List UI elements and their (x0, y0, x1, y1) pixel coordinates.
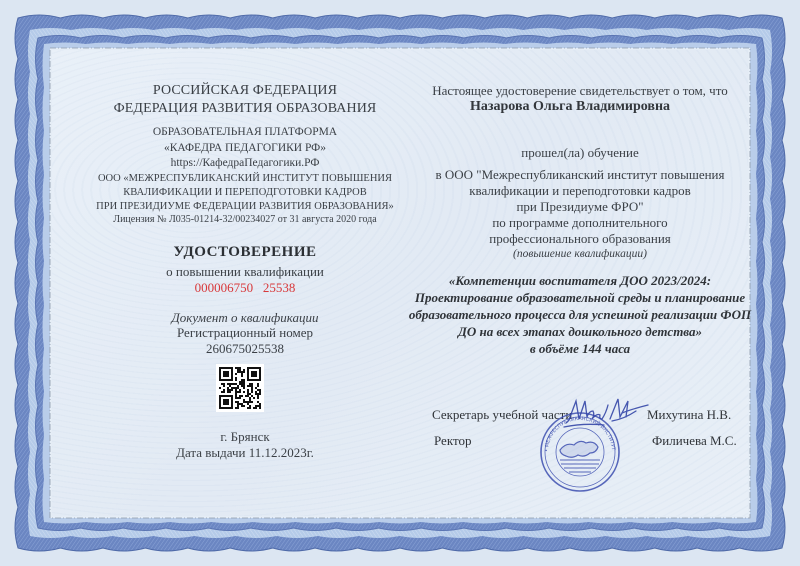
course-title-line-3: образовательного процесса для успешной р… (380, 307, 780, 323)
institution-line-1: в ООО "Межреспубликанский институт повыш… (390, 167, 770, 183)
course-hours: в объёме 144 часа (380, 341, 780, 357)
signature-role-rector: Ректор (434, 433, 471, 449)
org-line-1: ООО «МЕЖРЕСПУБЛИКАНСКИЙ ИНСТИТУТ ПОВЫШЕН… (80, 173, 410, 184)
license-text: Лицензия № Л035-01214-32/00234027 от 31 … (80, 214, 410, 225)
signature-name-rector: Филичева М.С. (652, 433, 737, 449)
issue-city: г. Брянск (80, 429, 410, 445)
recipient-name: Назарова Ольга Владимировна (380, 99, 760, 115)
document-title: УДОСТОВЕРЕНИЕ (80, 244, 410, 261)
course-title-line-2: Проектирование образовательной среды и п… (380, 290, 780, 306)
course-title-line-1: «Компетенции воспитателя ДОО 2023/2024: (380, 273, 780, 289)
institution-line-3: при Президиуме ФРО" (390, 199, 770, 215)
org-line-2: КВАЛИФИКАЦИИ И ПЕРЕПОДГОТОВКИ КАДРОВ (80, 187, 410, 198)
certificate: РОССИЙСКАЯ ФЕДЕРАЦИЯ ФЕДЕРАЦИЯ РАЗВИТИЯ … (0, 0, 800, 566)
course-title-line-4: ДО на всех этапах дошкольного детства» (380, 324, 780, 340)
serial-number: 000006750 25538 (80, 280, 410, 296)
serial-number-main: 000006750 (195, 280, 254, 295)
institution-line-2: квалификации и переподготовки кадров (390, 183, 770, 199)
header-country: РОССИЙСКАЯ ФЕДЕРАЦИЯ (80, 83, 410, 99)
reg-number-label: Регистрационный номер (80, 325, 410, 341)
signature-name-secretary: Михутина Н.В. (647, 407, 731, 423)
reg-number: 260675025538 (80, 341, 410, 357)
qr-code-icon (216, 364, 264, 412)
platform-name: «КАФЕДРА ПЕДАГОГИКИ РФ» (80, 142, 410, 154)
doc-type-label: Документ о квалификации (80, 310, 410, 326)
document-subtitle: о повышении квалификации (80, 264, 410, 280)
completed-text: прошел(ла) обучение (390, 145, 770, 161)
platform-label: ОБРАЗОВАТЕЛЬНАЯ ПЛАТФОРМА (80, 126, 410, 138)
program-line-1: по программе дополнительного (390, 215, 770, 231)
program-line-2: профессионального образования (390, 231, 770, 247)
website-link: https://КафедраПедагогики.РФ (80, 157, 410, 169)
header-federation: ФЕДЕРАЦИЯ РАЗВИТИЯ ОБРАЗОВАНИЯ (80, 101, 410, 117)
handwritten-signature-icon (562, 395, 652, 429)
org-line-3: ПРИ ПРЕЗИДИУМЕ ФЕДЕРАЦИИ РАЗВИТИЯ ОБРАЗО… (80, 201, 410, 212)
program-type: (повышение квалификации) (390, 248, 770, 260)
intro-text: Настоящее удостоверение свидетельствует … (390, 83, 770, 99)
issue-date: Дата выдачи 11.12.2023г. (80, 445, 410, 461)
serial-number-suffix: 25538 (263, 280, 296, 295)
